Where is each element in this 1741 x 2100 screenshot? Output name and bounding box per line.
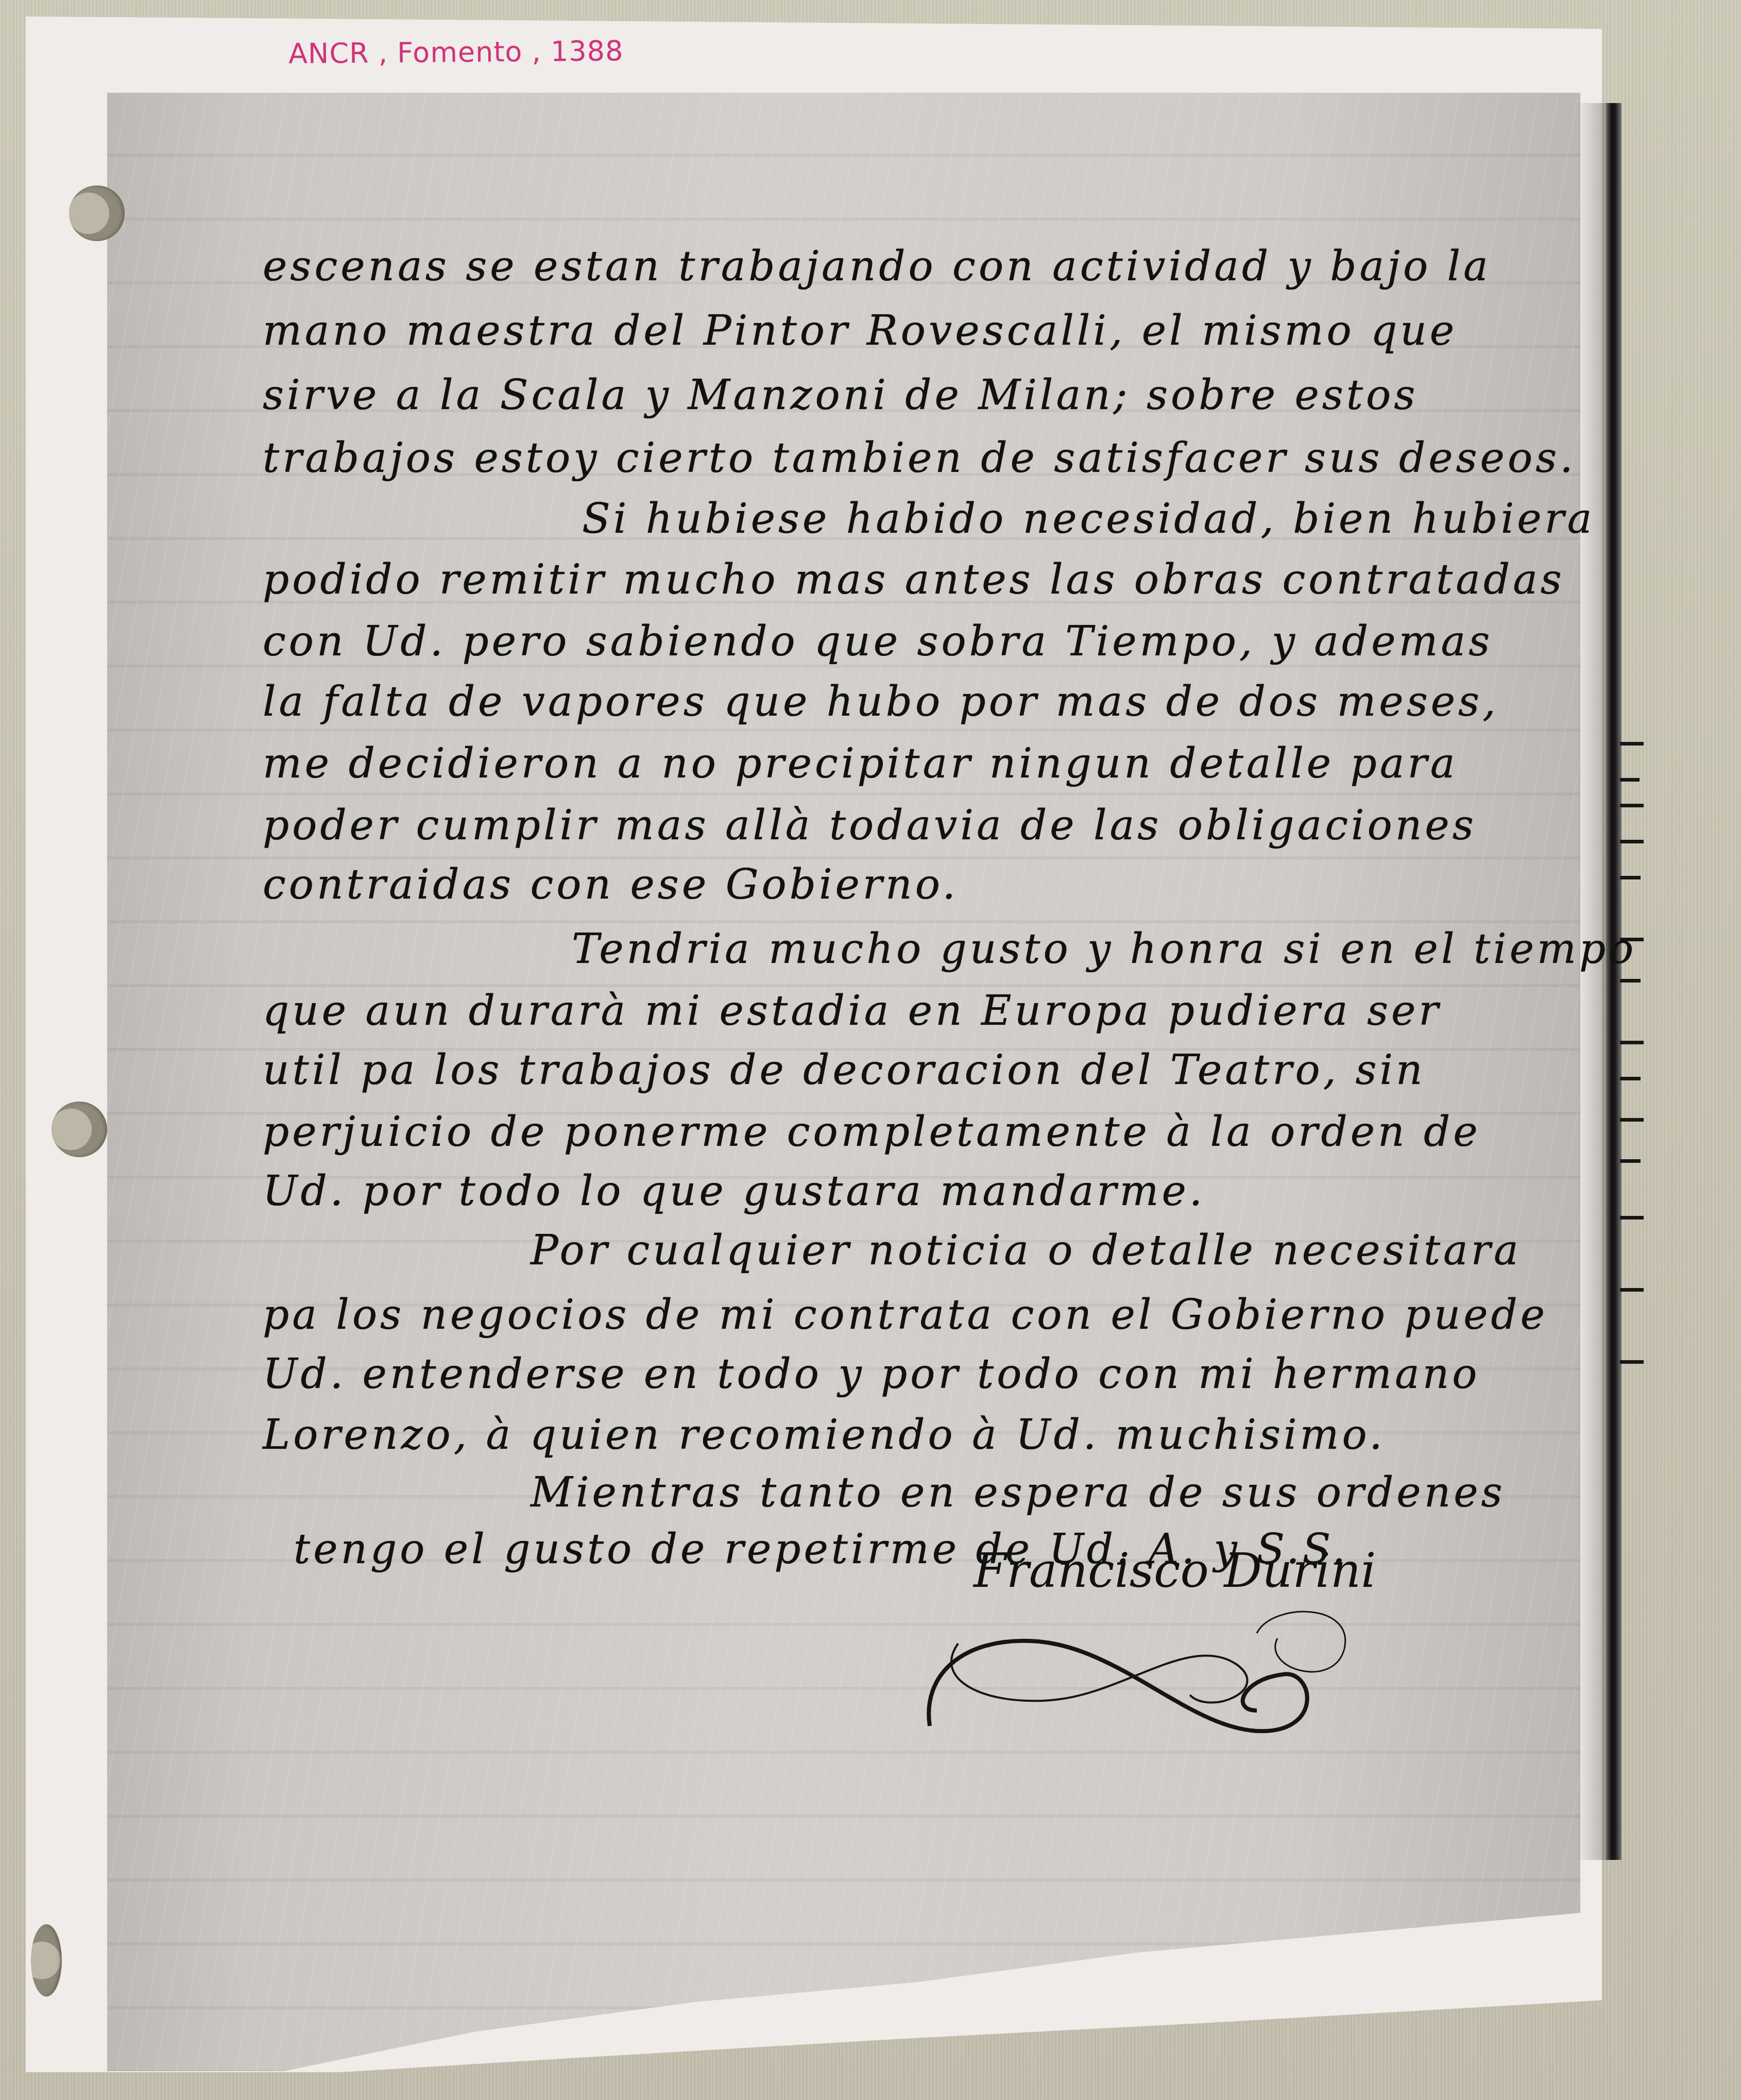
signature-flourish-icon [901, 1602, 1442, 1736]
punch-hole-bottom [31, 1924, 62, 1996]
letter-line: contraidas con ese Gobierno. [263, 860, 959, 908]
letter-line: escenas se estan trabajando con activida… [263, 242, 1491, 290]
archive-reference-label: ANCR , Fomento , 1388 [288, 35, 624, 70]
letter-line: Ud. entenderse en todo y por todo con mi… [263, 1350, 1480, 1398]
punch-hole-middle [52, 1102, 107, 1157]
letter-line: pa los negocios de mi contrata con el Go… [263, 1291, 1548, 1339]
binding-shadow [1576, 103, 1607, 1860]
letter-line: con Ud. pero sabiendo que sobra Tiempo, … [263, 617, 1493, 665]
letter-line: me decidieron a no precipitar ningun det… [263, 739, 1458, 787]
edge-tick-marks [1620, 721, 1645, 1391]
letter-line: trabajos estoy cierto tambien de satisfa… [263, 434, 1576, 482]
letter-line: util pa los trabajos de decoracion del T… [263, 1046, 1426, 1094]
binding-edge [1606, 103, 1621, 1860]
letter-line: podido remitir mucho mas antes las obras… [263, 555, 1565, 603]
letter-line: Tendria mucho gusto y honra si en el tie… [572, 925, 1636, 973]
letter-line: Ud. por todo lo que gustara mandarme. [263, 1167, 1205, 1215]
letter-line: la falta de vapores que hubo por mas de … [263, 678, 1499, 725]
letter-line: perjuicio de ponerme completamente à la … [263, 1108, 1481, 1156]
letter-line: sirve a la Scala y Manzoni de Milan; sob… [263, 371, 1418, 419]
letter-line: mano maestra del Pintor Rovescalli, el m… [263, 307, 1457, 354]
letter-line: Lorenzo, à quien recomiendo à Ud. muchis… [263, 1411, 1386, 1459]
letter-line: Mientras tanto en espera de sus ordenes [531, 1468, 1506, 1516]
letter-line: poder cumplir mas allà todavia de las ob… [263, 801, 1477, 849]
bleed-through-text [804, 170, 814, 208]
letter-line: que aun durarà mi estadia en Europa pudi… [263, 987, 1442, 1035]
letter-line: Si hubiese habido necesidad, bien hubier… [582, 495, 1595, 543]
letter-line: Por cualquier noticia o detalle necesita… [531, 1226, 1522, 1274]
punch-hole-top [69, 185, 125, 241]
signature: Francisco Durini [974, 1543, 1376, 1598]
